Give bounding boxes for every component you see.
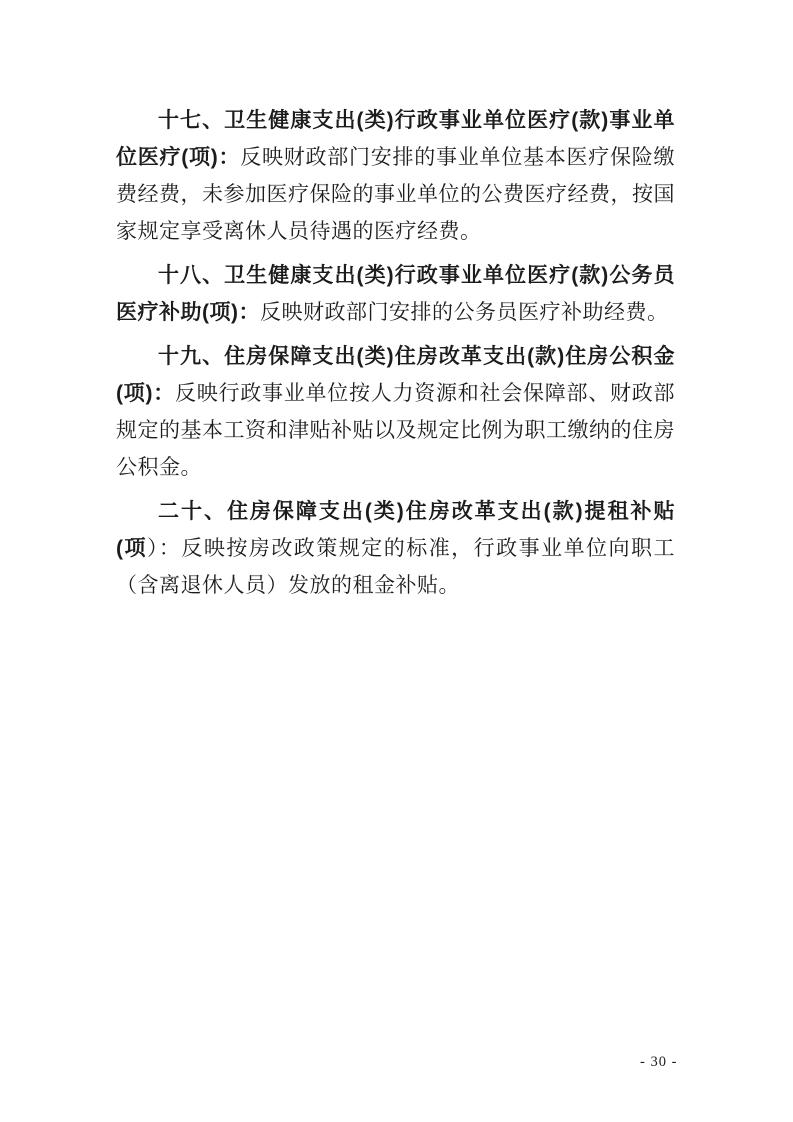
paragraph-item-20: 二十、住房保障支出(类)住房改革支出(款)提租补贴(项）：反映按房改政策规定的标… — [116, 493, 675, 604]
paragraph-item-18: 十八、卫生健康支出(类)行政事业单位医疗(款)公务员医疗补助(项)：反映财政部门… — [116, 257, 675, 331]
paragraph-item-19: 十九、住房保障支出(类)住房改革支出(款)住房公积金(项)：反映行政事业单位按人… — [116, 338, 675, 486]
page-number: - 30 - — [640, 1054, 677, 1071]
page-body: 十七、卫生健康支出(类)行政事业单位医疗(款)事业单位医疗(项)：反映财政部门安… — [0, 0, 793, 1122]
document-page: { "document": { "paragraphs": [ { "lead"… — [0, 0, 793, 1122]
paragraph-item-17: 十七、卫生健康支出(类)行政事业单位医疗(款)事业单位医疗(项)：反映财政部门安… — [116, 102, 675, 250]
paragraph-19-body: 反映行政事业单位按人力资源和社会保障部、财政部规定的基本工资和津贴补贴以及规定比… — [116, 381, 675, 479]
paragraph-18-body: 反映财政部门安排的公务员医疗补助经费。 — [260, 300, 669, 324]
paragraph-20-body: ）：反映按房改政策规定的标准，行政事业单位向职工（含离退休人员）发放的租金补贴。 — [116, 536, 675, 597]
